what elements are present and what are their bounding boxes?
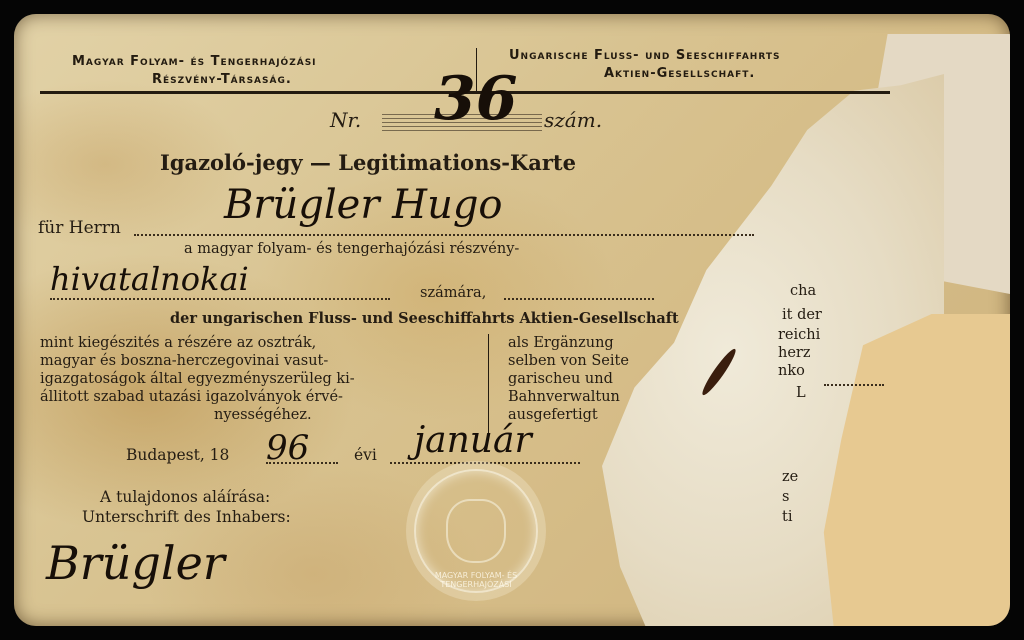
fragment-dotted-line <box>824 384 884 386</box>
german-text-line-1: als Ergänzung <box>508 334 614 352</box>
german-text-line-2: selben von Seite <box>508 352 629 370</box>
fragment-herz: herz <box>778 344 811 362</box>
fragment-s: s <box>782 488 789 506</box>
holder-signature: Brügler <box>46 536 225 590</box>
header-left-line2: Részvény-Társaság. <box>152 72 292 87</box>
fragment-reichi: reichi <box>778 326 820 344</box>
card-title: Igazoló-jegy — Legitimations-Karte <box>160 150 576 175</box>
header-left-line1: Magyar Folyam- és Tengerhajózási <box>72 54 317 69</box>
hungarian-text-line-5: nyességéhez. <box>214 406 312 424</box>
date-place-label: Budapest, 18 <box>126 446 229 464</box>
szamara-dotted-line <box>504 298 654 300</box>
id-card: Magyar Folyam- és Tengerhajózási Részvén… <box>14 14 1010 626</box>
fragment-nko: nko <box>778 362 805 380</box>
number-value: 36 <box>434 64 518 134</box>
fur-herrn-label: für Herrn <box>38 218 121 238</box>
hungarian-text-line-1: mint kiegészités a részére az osztrák, <box>40 334 316 352</box>
header-right-line2: Aktien-Gesellschaft. <box>604 66 755 81</box>
german-text-line-4: Bahnverwaltun <box>508 388 620 406</box>
seal-text: MAGYAR FOLYAM- ÉS TENGERHAJÓZÁSI <box>416 571 536 589</box>
holder-name: Brügler Hugo <box>224 182 503 228</box>
hungarian-text-line-2: magyar és boszna-herczegovinai vasut- <box>40 352 328 370</box>
hungarian-company-line: a magyar folyam- és tengerhajózási részv… <box>184 240 519 258</box>
holder-occupation: hivatalnokai <box>50 260 249 298</box>
szamara-label: számára, <box>420 284 486 302</box>
column-divider <box>488 334 489 434</box>
signature-label-de: Unterschrift des Inhabers: <box>82 508 291 526</box>
hungarian-text-line-3: igazgatoságok által egyezményszerüleg ki… <box>40 370 355 388</box>
year-dotted-line <box>266 462 338 464</box>
signature-label-hu: A tulajdonos aláírása: <box>100 488 270 506</box>
evi-label: évi <box>354 446 377 464</box>
fragment-ti: ti <box>782 508 792 526</box>
date-month: január <box>414 420 532 461</box>
header-right-line1: Ungarische Fluss- und Seeschiffahrts <box>509 48 780 63</box>
embossed-seal: MAGYAR FOLYAM- ÉS TENGERHAJÓZÁSI <box>414 469 538 593</box>
german-company-line: der ungarischen Fluss- und Seeschiffahrt… <box>170 310 679 328</box>
german-text-line-3: garischeu und <box>508 370 613 388</box>
number-prefix: Nr. <box>330 108 361 132</box>
month-dotted-line <box>390 462 580 464</box>
name-dotted-line <box>134 234 754 236</box>
fragment-it-der: it der <box>782 306 822 324</box>
occupation-dotted-line <box>50 298 390 300</box>
fragment-cha: cha <box>790 282 816 300</box>
fragment-ze: ze <box>782 468 798 486</box>
seal-crest-icon <box>446 499 506 563</box>
number-suffix: szám. <box>544 108 602 132</box>
hungarian-text-line-4: állitott szabad utazási igazolványok érv… <box>40 388 343 406</box>
fragment-L: L <box>796 384 806 402</box>
